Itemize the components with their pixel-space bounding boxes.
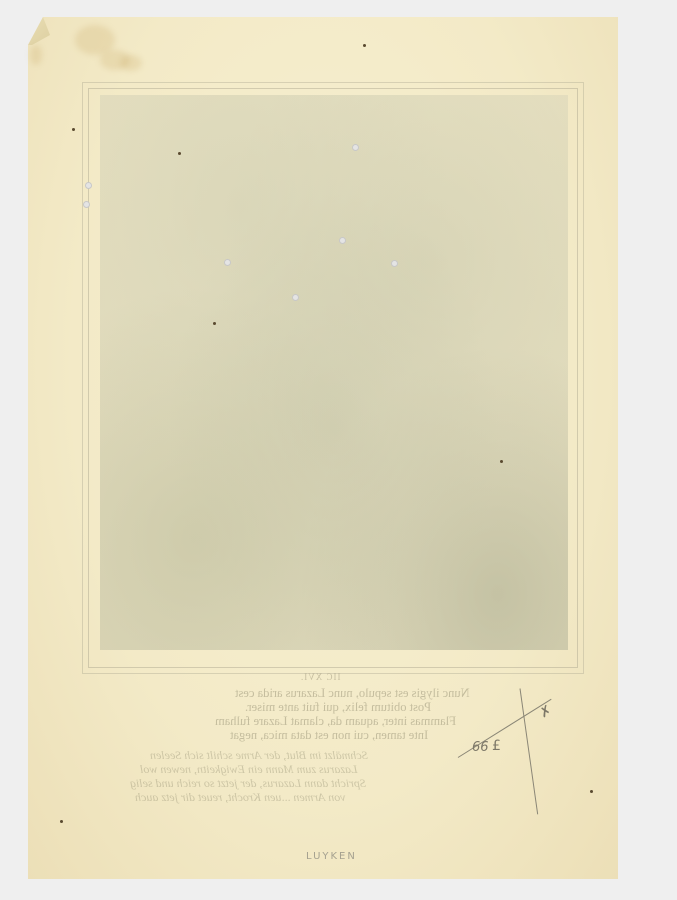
foxing-stain [120, 55, 142, 71]
german-verse-3: Spricht dann Lazarus, der jetzt so reich… [130, 776, 366, 791]
latin-verse-3: Flammas inter, aquam da, clamat Lazare f… [215, 714, 456, 729]
pin-hole [83, 201, 90, 208]
spot [363, 44, 366, 47]
pin-hole [85, 182, 92, 189]
spot [500, 460, 503, 463]
plate-number: IIC XVI. [300, 672, 341, 682]
german-verse-1: Schmälzt im Blut, der Arme schilt sich S… [150, 748, 368, 763]
german-verse-2: Lazarus zum Mann ein Ewigkeitn, newen wo… [140, 762, 358, 777]
pencil-mark: £ [492, 738, 501, 754]
spot [213, 322, 216, 325]
pencil-artist-name: LUYKEN [306, 851, 357, 862]
spot [590, 790, 593, 793]
foxing-stain [30, 45, 42, 65]
spot [178, 152, 181, 155]
pin-hole [292, 294, 299, 301]
pin-hole [352, 144, 359, 151]
engraving-showthrough [100, 95, 568, 650]
latin-verse-1: Nunc ilygis est sepulo, nunc Lazarus ari… [235, 686, 470, 701]
latin-verse-2: Post obitum felix, qui fuit ante miser. [245, 700, 431, 715]
latin-verse-4: Inte tamen, cui non est data mica, negat [230, 728, 428, 743]
spot [72, 128, 75, 131]
pin-hole [391, 260, 398, 267]
pin-hole [339, 237, 346, 244]
pin-hole [224, 259, 231, 266]
german-verse-4: von Armen ...uen Krocht, reuet dir jetz … [135, 790, 346, 805]
spot [60, 820, 63, 823]
pencil-price: 66 [472, 740, 489, 755]
